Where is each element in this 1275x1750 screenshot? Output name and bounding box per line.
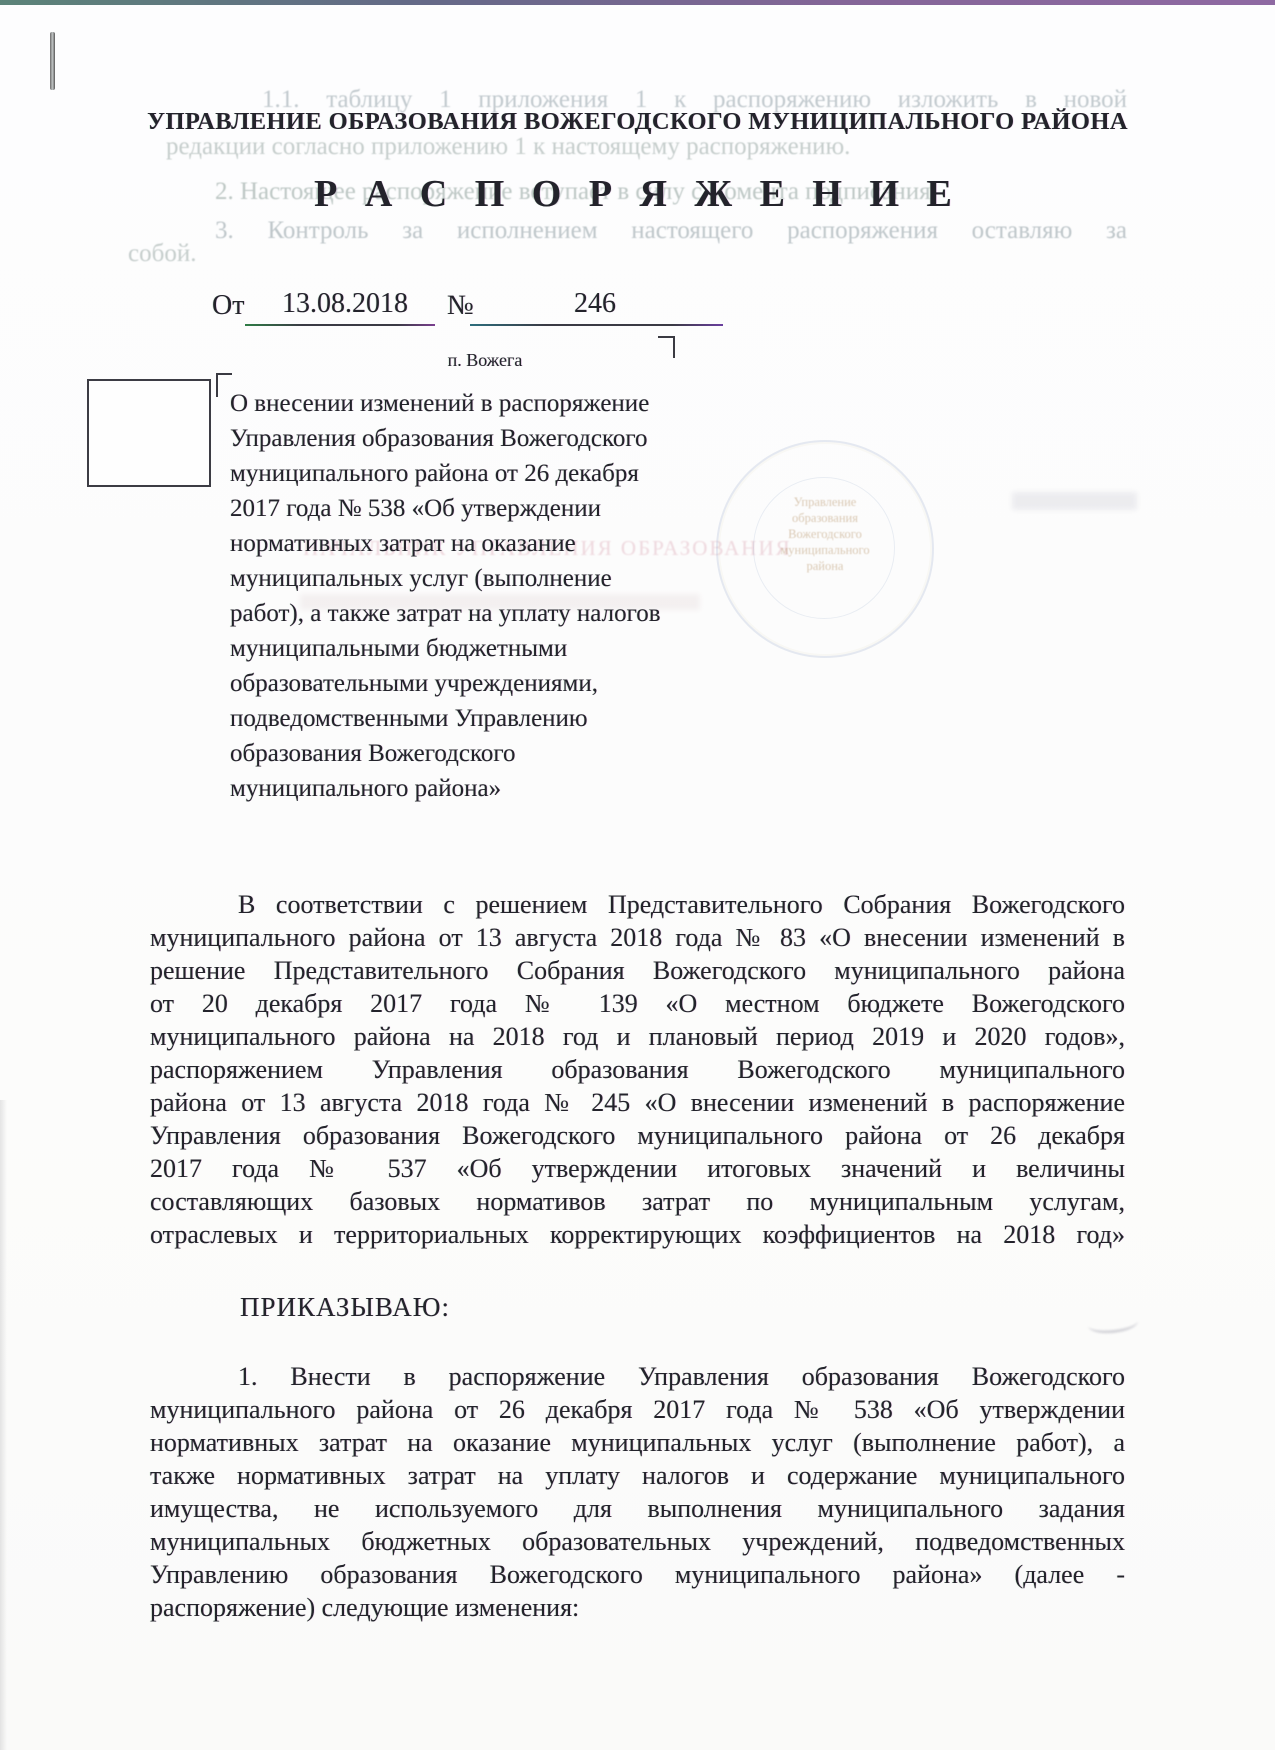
body-line: нормативных затрат на оказание муниципал… <box>150 1426 1125 1459</box>
document-header: УПРАВЛЕНИЕ ОБРАЗОВАНИЯ ВОЖЕГОДСКОГО МУНИ… <box>90 108 1185 136</box>
staple-mark <box>50 32 55 90</box>
subject-line: муниципального района» <box>230 771 760 806</box>
body-line: 2017 года № 537 «Об утверждении итоговых… <box>150 1152 1125 1185</box>
order-keyword: ПРИКАЗЫВАЮ: <box>240 1292 450 1323</box>
bleedthrough-line: 3. Контроль за исполнением настоящего ра… <box>215 217 1127 245</box>
subject-line: муниципальными бюджетными <box>230 631 760 666</box>
document-title: Р А С П О Р Я Ж Е Н И Е <box>0 172 1275 216</box>
control-mark-box <box>87 379 211 487</box>
body-line: В соответствии с решением Представительн… <box>150 888 1125 921</box>
body-line: Управлению образования Вожегодского муни… <box>150 1558 1125 1591</box>
number-value: 246 <box>495 288 695 320</box>
body-line: отраслевых и территориальных корректирую… <box>150 1218 1125 1251</box>
date-value: 13.08.2018 <box>250 288 440 320</box>
subject-line: муниципальных услуг (выполнение <box>230 561 760 596</box>
body-line: составляющих базовых нормативов затрат п… <box>150 1185 1125 1218</box>
body-line: имущества, не используемого для выполнен… <box>150 1492 1125 1525</box>
body-line: распоряжением Управления образования Вож… <box>150 1053 1125 1086</box>
subject-line: подведомственными Управлению <box>230 701 760 736</box>
body-line: распоряжение) следующие изменения: <box>150 1591 1125 1624</box>
body-line: также нормативных затрат на уплату налог… <box>150 1459 1125 1492</box>
subject-line: образовательными учреждениями, <box>230 666 760 701</box>
subject-line: муниципального района от 26 декабря <box>230 456 760 491</box>
body-line: муниципального района от 26 декабря 2017… <box>150 1393 1125 1426</box>
date-underline <box>245 324 435 326</box>
body-line: муниципальных бюджетных образовательных … <box>150 1525 1125 1558</box>
body-line: муниципального района на 2018 год и план… <box>150 1020 1125 1053</box>
place-line: п. Вожега <box>380 350 590 371</box>
subject-line: О внесении изменений в распоряжение <box>230 386 760 421</box>
subject-line: 2017 года № 538 «Об утверждении <box>230 491 760 526</box>
number-label: № <box>447 290 474 322</box>
body-line: 1. Внести в распоряжение Управления обра… <box>150 1360 1125 1393</box>
body-line: решение Представительного Собрания Вожег… <box>150 954 1125 987</box>
body-line: Управления образования Вожегодского муни… <box>150 1119 1125 1152</box>
subject-line: работ), а также затрат на уплату налогов <box>230 596 760 631</box>
date-from-label: От <box>212 290 244 322</box>
corner-bracket-right-icon <box>658 336 675 358</box>
bleedthrough-line: собой. <box>128 240 196 268</box>
body-line: от 20 декабря 2017 года № 139 «О местном… <box>150 987 1125 1020</box>
subject-block: О внесении изменений в распоряжение Упра… <box>230 386 760 806</box>
item-1-paragraph: 1. Внести в распоряжение Управления обра… <box>150 1360 1125 1624</box>
number-underline <box>470 324 723 326</box>
page-edge-shadow <box>0 1100 7 1750</box>
scan-edge-artifact <box>0 0 1275 5</box>
bleedthrough-line: редакции согласно приложению 1 к настоящ… <box>166 133 850 161</box>
subject-line: нормативных затрат на оказание <box>230 526 760 561</box>
subject-line: образования Вожегодского <box>230 736 760 771</box>
preamble-paragraph: В соответствии с решением Представительн… <box>150 888 1125 1251</box>
body-line: муниципального района от 13 августа 2018… <box>150 921 1125 954</box>
body-line: района от 13 августа 2018 года № 245 «О … <box>150 1086 1125 1119</box>
pen-mark-artifact <box>1087 1311 1139 1335</box>
scanned-document-page: 1.1. таблицу 1 приложения 1 к распоряжен… <box>0 0 1275 1750</box>
subject-line: Управления образования Вожегодского <box>230 421 760 456</box>
bleedthrough-smudge <box>1012 492 1137 510</box>
